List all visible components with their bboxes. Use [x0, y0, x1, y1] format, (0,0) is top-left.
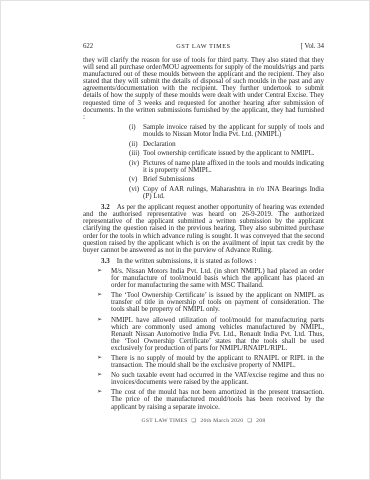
bullet-item: ➢ There is no supply of mould by the app… — [97, 355, 324, 369]
list-item: (iv) Pictures of name plate affixed in t… — [129, 160, 324, 174]
footer-page-number: 208 — [256, 418, 265, 424]
text-block: 622 GST LAW TIMES [ Vol. 34 they will cl… — [83, 43, 324, 417]
header-volume: [ Vol. 34 — [274, 43, 324, 51]
arrow-bullet-icon: ➢ — [97, 292, 111, 313]
bullet-item: ➢ No such taxable event had occurred in … — [97, 372, 324, 386]
bullet-text: M/s. Nissan Motors India Pvt. Ltd. (in s… — [111, 268, 324, 289]
bullet-text: The ‘Tool Ownership Certificate’ is issu… — [111, 292, 324, 313]
list-item-number: (iii) — [129, 150, 143, 157]
bullet-list: ➢ M/s. Nissan Motors India Pvt. Ltd. (in… — [97, 268, 324, 411]
footer-journal: GST LAW TIMES — [142, 418, 188, 424]
roman-numeral-list: (i) Sample invoice raised by the applica… — [129, 124, 324, 200]
list-item: (vi) Copy of AAR rulings, Maharashtra in… — [129, 186, 324, 200]
page-header: 622 GST LAW TIMES [ Vol. 34 — [83, 43, 324, 51]
list-item-text: Tool ownership certificate issued by the… — [143, 150, 324, 157]
paragraph-text: In the written submissions, it is stated… — [117, 257, 257, 265]
list-item-text: Pictures of name plate affixed in the to… — [143, 160, 324, 174]
footer-date: 26th March 2020 — [200, 418, 243, 424]
page-footer: GST LAW TIMES❑26th March 2020❑208 — [83, 418, 324, 425]
header-journal-title: GST LAW TIMES — [133, 43, 274, 51]
header-page-number: 622 — [83, 43, 133, 51]
bullet-text: There is no supply of mould by the appli… — [111, 355, 324, 369]
bullet-text: No such taxable event had occurred in th… — [111, 372, 324, 386]
list-item: (i) Sample invoice raised by the applica… — [129, 124, 324, 138]
intro-paragraph: they will clarify the reason for use of … — [83, 57, 324, 121]
list-item-number: (i) — [129, 124, 143, 138]
arrow-bullet-icon: ➢ — [97, 372, 111, 386]
list-item-number: (ii) — [129, 141, 143, 148]
bullet-item: ➢ The ‘Tool Ownership Certificate’ is is… — [97, 292, 324, 313]
document-page: 622 GST LAW TIMES [ Vol. 34 they will cl… — [0, 0, 370, 480]
paragraph-text: As per the applicant request another opp… — [83, 203, 324, 254]
list-item-number: (v) — [129, 176, 143, 183]
bullet-text: The cost of the mould has not been amort… — [111, 389, 324, 410]
bullet-item: ➢ M/s. Nissan Motors India Pvt. Ltd. (in… — [97, 268, 324, 289]
paragraph-3-3: 3.3 In the written submissions, it is st… — [83, 258, 324, 265]
list-item: (ii) Declaration — [129, 141, 324, 148]
square-separator-icon: ❑ — [247, 419, 252, 424]
arrow-bullet-icon: ➢ — [97, 317, 111, 352]
arrow-bullet-icon: ➢ — [97, 268, 111, 289]
list-item-text: Sample invoice raised by the applicant f… — [143, 124, 324, 138]
arrow-bullet-icon: ➢ — [97, 389, 111, 410]
list-item-number: (iv) — [129, 160, 143, 174]
list-item-text: Declaration — [143, 141, 324, 148]
arrow-bullet-icon: ➢ — [97, 355, 111, 369]
list-item-text: Copy of AAR rulings, Maharashtra in r/o … — [143, 186, 324, 200]
list-item-text: Brief Submissions — [143, 176, 324, 183]
paragraph-3-2: 3.2 As per the applicant request another… — [83, 204, 324, 254]
list-item: (v) Brief Submissions — [129, 176, 324, 183]
list-item: (iii) Tool ownership certificate issued … — [129, 150, 324, 157]
square-separator-icon: ❑ — [192, 419, 197, 424]
paragraph-number: 3.3 — [101, 257, 110, 265]
bullet-item: ➢ NMIPL have allowed utilization of tool… — [97, 317, 324, 352]
bullet-text: NMIPL have allowed utilization of tool/m… — [111, 317, 324, 352]
bullet-item: ➢ The cost of the mould has not been amo… — [97, 389, 324, 410]
list-item-number: (vi) — [129, 186, 143, 200]
